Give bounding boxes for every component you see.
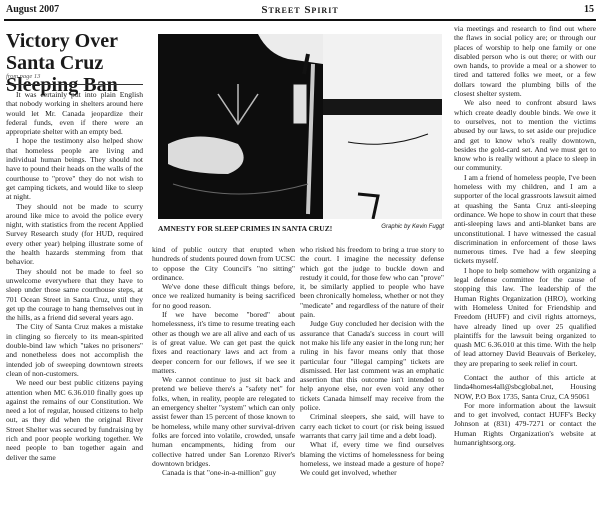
paragraph: kind of public outcry that erupted when … xyxy=(152,245,295,282)
paragraph: Criminal sleepers, she said, will have t… xyxy=(300,412,444,440)
jump-rule xyxy=(6,84,143,85)
graphic-credit: Graphic by Kevin Fuggt xyxy=(381,224,444,230)
paragraph: who risked his freedom to bring a true s… xyxy=(300,245,444,319)
paragraph: We also need to confront absurd laws whi… xyxy=(454,98,596,172)
paragraph: What if, every time we find ourselves bl… xyxy=(300,440,444,477)
column-1: It was certainly put into plain English … xyxy=(6,90,143,462)
paragraph: We cannot continue to just sit back and … xyxy=(152,375,295,468)
jump-line: from page 13 xyxy=(6,73,40,80)
illustration-icon xyxy=(158,34,442,219)
paragraph: Judge Guy concluded her decision with th… xyxy=(300,319,444,412)
paragraph: I hope to help somehow with organizing a… xyxy=(454,266,596,368)
paragraph: I hope the testimony also helped show th… xyxy=(6,136,143,201)
masthead: Street Spirit xyxy=(4,4,596,16)
column-2: kind of public outcry that erupted when … xyxy=(152,245,295,477)
page-number: 15 xyxy=(584,4,594,15)
paragraph: The City of Santa Cruz makes a mistake i… xyxy=(6,322,143,378)
page-header: August 2007 Street Spirit 15 xyxy=(4,4,596,18)
paragraph: I am a friend of homeless people, I've b… xyxy=(454,173,596,266)
paragraph: Canada is that "one-in-a-million" guy xyxy=(152,468,295,477)
article-headline: Victory Over Santa Cruz Sleeping Ban xyxy=(6,30,146,96)
paragraph: via meetings and research to find out wh… xyxy=(454,24,596,98)
header-rule xyxy=(4,19,596,21)
paragraph: They should not be made to feel so unwel… xyxy=(6,267,143,323)
more-info: For more information about the lawsuit a… xyxy=(454,401,596,447)
paragraph: We need our best public citizens paying … xyxy=(6,378,143,462)
caption-text: AMNESTY FOR SLEEP CRIMES IN SANTA CRUZ! xyxy=(158,224,332,233)
author-contact: Contact the author of this article at li… xyxy=(454,373,596,401)
paragraph: They should not be made to scurry around… xyxy=(6,202,143,267)
paragraph: If we have become "bored" about homeless… xyxy=(152,310,295,375)
paragraph: It was certainly put into plain English … xyxy=(6,90,143,136)
graphic-caption: AMNESTY FOR SLEEP CRIMES IN SANTA CRUZ! … xyxy=(158,224,444,233)
article-graphic xyxy=(158,34,442,219)
column-3: who risked his freedom to bring a true s… xyxy=(300,245,444,477)
column-4: via meetings and research to find out wh… xyxy=(454,24,596,447)
paragraph: We've done these difficult things before… xyxy=(152,282,295,310)
